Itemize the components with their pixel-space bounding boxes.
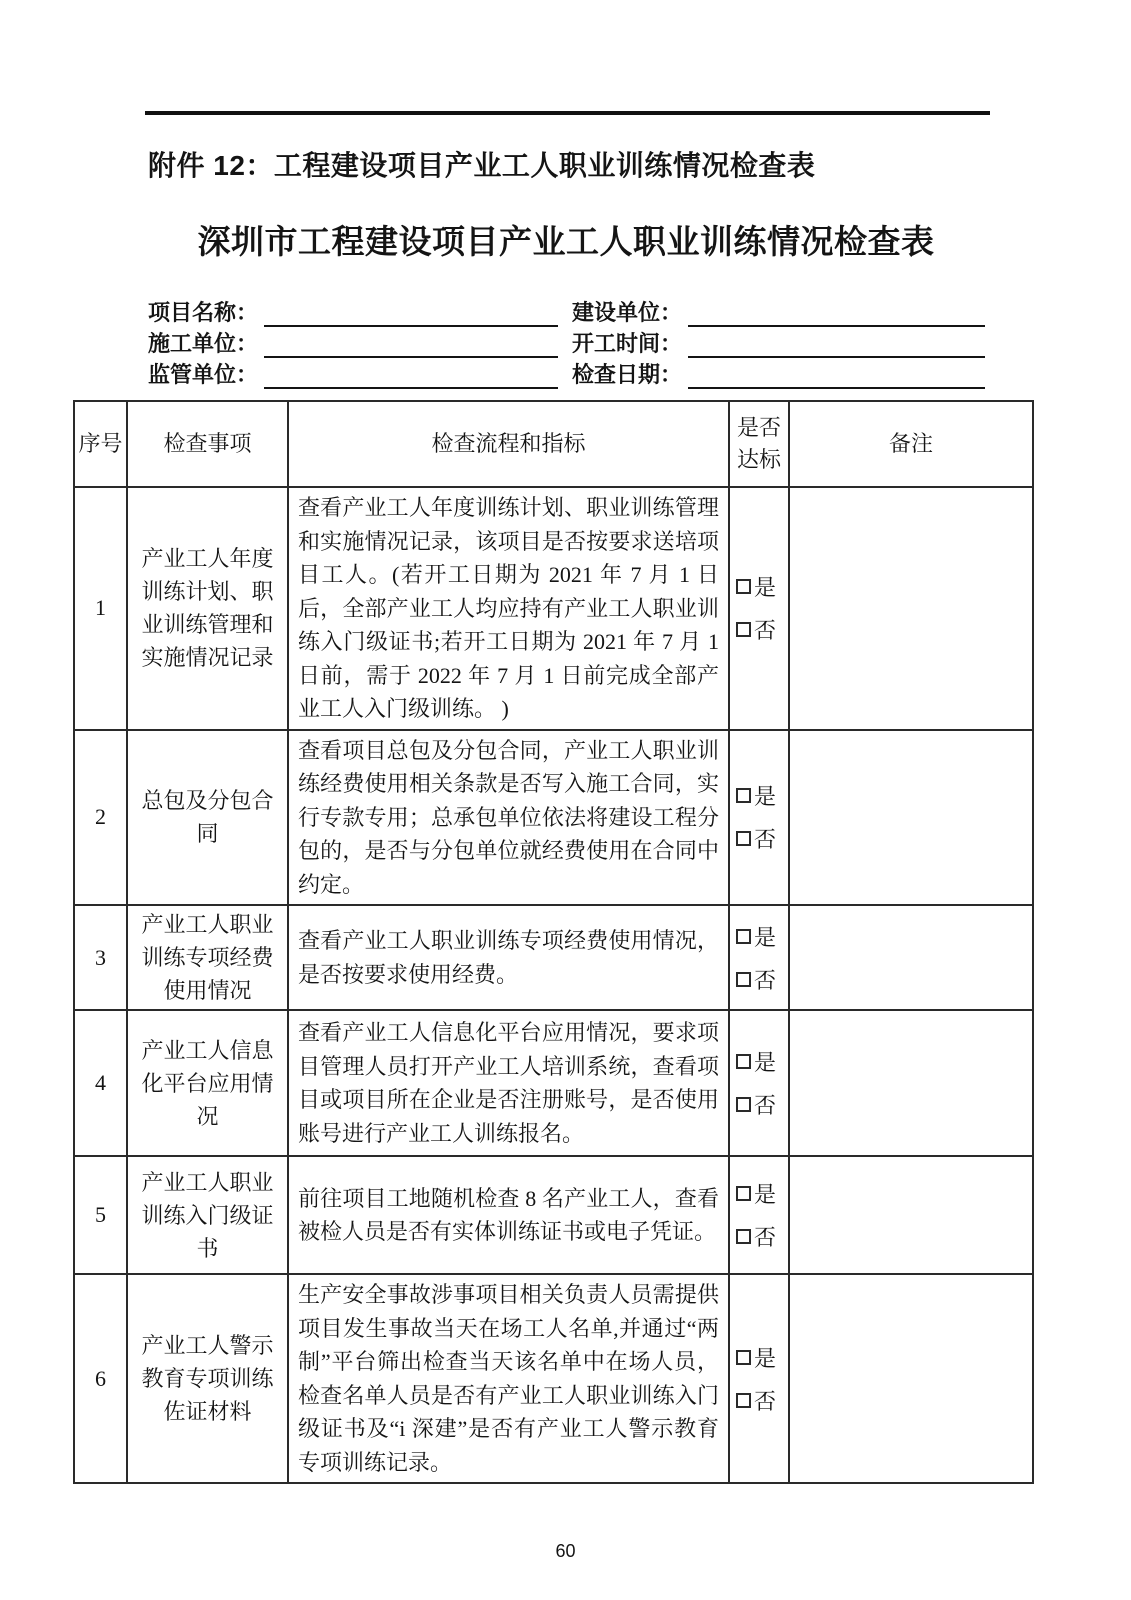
form-row-1: 项目名称： 建设单位： bbox=[148, 296, 985, 327]
checkbox-yes[interactable]: 是 bbox=[736, 1178, 788, 1209]
field-label: 开工时间： bbox=[572, 330, 682, 358]
checkbox-square-icon bbox=[736, 831, 751, 846]
blank-line bbox=[264, 365, 558, 389]
remark-cell bbox=[789, 1274, 1033, 1483]
checkbox-no[interactable]: 否 bbox=[736, 1385, 788, 1416]
checkbox-label: 否 bbox=[754, 614, 776, 645]
inspection-item: 产业工人职业训练专项经费使用情况 bbox=[127, 905, 288, 1010]
field-start-time: 开工时间： bbox=[572, 330, 985, 358]
checkbox-square-icon bbox=[736, 1229, 751, 1244]
form-fields: 项目名称： 建设单位： 施工单位： 开工时间： 监管单位： bbox=[148, 296, 985, 389]
checkbox-label: 否 bbox=[754, 1385, 776, 1416]
inspection-procedure: 查看产业工人信息化平台应用情况，要求项目管理人员打开产业工人培训系统，查看项目或… bbox=[288, 1010, 729, 1156]
checkbox-label: 否 bbox=[754, 823, 776, 854]
form-row-3: 监管单位： 检查日期： bbox=[148, 358, 985, 389]
checkbox-no[interactable]: 否 bbox=[736, 964, 788, 995]
remark-cell bbox=[789, 730, 1033, 906]
checkbox-square-icon bbox=[736, 622, 751, 637]
checkbox-yes[interactable]: 是 bbox=[736, 1046, 788, 1077]
checkbox-yes[interactable]: 是 bbox=[736, 921, 788, 952]
field-project-name: 项目名称： bbox=[148, 299, 558, 327]
checkbox-square-icon bbox=[736, 1054, 751, 1069]
blank-line bbox=[264, 334, 558, 358]
remark-cell bbox=[789, 905, 1033, 1010]
checkbox-yes[interactable]: 是 bbox=[736, 780, 788, 811]
table-header-row: 序号 检查事项 检查流程和指标 是否达标 备注 bbox=[74, 401, 1033, 487]
checkbox-label: 是 bbox=[754, 1046, 776, 1077]
checkbox-label: 是 bbox=[754, 921, 776, 952]
inspection-table: 序号 检查事项 检查流程和指标 是否达标 备注 1 产业工人年度训练计划、职业训… bbox=[73, 400, 1034, 1484]
inspection-procedure: 查看产业工人职业训练专项经费使用情况，是否按要求使用经费。 bbox=[288, 905, 729, 1010]
table-row-4: 4 产业工人信息化平台应用情况 查看产业工人信息化平台应用情况，要求项目管理人员… bbox=[74, 1010, 1033, 1156]
checkbox-label: 否 bbox=[754, 964, 776, 995]
inspection-procedure: 前往项目工地随机检查 8 名产业工人，查看被检人员是否有实体训练证书或电子凭证。 bbox=[288, 1156, 729, 1274]
column-header-compliance: 是否达标 bbox=[729, 401, 789, 487]
remark-cell bbox=[789, 1010, 1033, 1156]
field-construction-unit: 建设单位： bbox=[572, 299, 985, 327]
field-label: 监管单位： bbox=[148, 361, 258, 389]
compliance-cell: 是 否 bbox=[729, 1010, 789, 1156]
blank-line bbox=[688, 334, 985, 358]
inspection-item: 产业工人职业训练入门级证书 bbox=[127, 1156, 288, 1274]
inspection-item: 产业工人信息化平台应用情况 bbox=[127, 1010, 288, 1156]
checkbox-square-icon bbox=[736, 1097, 751, 1112]
column-header-item: 检查事项 bbox=[127, 401, 288, 487]
field-supervision-unit: 监管单位： bbox=[148, 361, 558, 389]
row-number: 1 bbox=[74, 487, 127, 730]
checkbox-label: 是 bbox=[754, 571, 776, 602]
column-header-no: 序号 bbox=[74, 401, 127, 487]
checkbox-square-icon bbox=[736, 929, 751, 944]
remark-cell bbox=[789, 1156, 1033, 1274]
field-label: 检查日期： bbox=[572, 361, 682, 389]
inspection-procedure: 生产安全事故涉事项目相关负责人员需提供项目发生事故当天在场工人名单,并通过“两制… bbox=[288, 1274, 729, 1483]
compliance-cell: 是 否 bbox=[729, 905, 789, 1010]
inspection-item: 产业工人警示教育专项训练佐证材料 bbox=[127, 1274, 288, 1483]
checkbox-label: 是 bbox=[754, 1178, 776, 1209]
row-number: 6 bbox=[74, 1274, 127, 1483]
blank-line bbox=[688, 365, 985, 389]
document-title: 深圳市工程建设项目产业工人职业训练情况检查表 bbox=[36, 216, 1096, 263]
table-row-2: 2 总包及分包合同 查看项目总包及分包合同，产业工人职业训练经费使用相关条款是否… bbox=[74, 730, 1033, 906]
field-label: 施工单位： bbox=[148, 330, 258, 358]
checkbox-square-icon bbox=[736, 1393, 751, 1408]
form-row-2: 施工单位： 开工时间： bbox=[148, 327, 985, 358]
remark-cell bbox=[789, 487, 1033, 730]
checkbox-square-icon bbox=[736, 1350, 751, 1365]
table-row-5: 5 产业工人职业训练入门级证书 前往项目工地随机检查 8 名产业工人，查看被检人… bbox=[74, 1156, 1033, 1274]
checkbox-yes[interactable]: 是 bbox=[736, 571, 788, 602]
blank-line bbox=[264, 303, 558, 327]
attachment-heading: 附件 12：工程建设项目产业工人职业训练情况检查表 bbox=[148, 144, 815, 184]
row-number: 4 bbox=[74, 1010, 127, 1156]
checkbox-no[interactable]: 否 bbox=[736, 1089, 788, 1120]
inspection-procedure: 查看项目总包及分包合同，产业工人职业训练经费使用相关条款是否写入施工合同，实行专… bbox=[288, 730, 729, 906]
row-number: 3 bbox=[74, 905, 127, 1010]
field-contractor-unit: 施工单位： bbox=[148, 330, 558, 358]
checkbox-square-icon bbox=[736, 1186, 751, 1201]
page-number: 60 bbox=[0, 1541, 1131, 1562]
checkbox-square-icon bbox=[736, 972, 751, 987]
table-row-3: 3 产业工人职业训练专项经费使用情况 查看产业工人职业训练专项经费使用情况，是否… bbox=[74, 905, 1033, 1010]
checkbox-label: 否 bbox=[754, 1221, 776, 1252]
table-row-1: 1 产业工人年度训练计划、职业训练管理和实施情况记录 查看产业工人年度训练计划、… bbox=[74, 487, 1033, 730]
inspection-item: 产业工人年度训练计划、职业训练管理和实施情况记录 bbox=[127, 487, 288, 730]
row-number: 5 bbox=[74, 1156, 127, 1274]
checkbox-no[interactable]: 否 bbox=[736, 823, 788, 854]
row-number: 2 bbox=[74, 730, 127, 906]
checkbox-yes[interactable]: 是 bbox=[736, 1342, 788, 1373]
field-label: 建设单位： bbox=[572, 299, 682, 327]
checkbox-square-icon bbox=[736, 788, 751, 803]
blank-line bbox=[688, 303, 985, 327]
checkbox-label: 是 bbox=[754, 780, 776, 811]
table-row-6: 6 产业工人警示教育专项训练佐证材料 生产安全事故涉事项目相关负责人员需提供项目… bbox=[74, 1274, 1033, 1483]
inspection-procedure: 查看产业工人年度训练计划、职业训练管理和实施情况记录，该项目是否按要求送培项目工… bbox=[288, 487, 729, 730]
document-page: 附件 12：工程建设项目产业工人职业训练情况检查表 深圳市工程建设项目产业工人职… bbox=[0, 0, 1131, 1600]
header-rule bbox=[145, 111, 990, 115]
column-header-procedure: 检查流程和指标 bbox=[288, 401, 729, 487]
checkbox-no[interactable]: 否 bbox=[736, 614, 788, 645]
inspection-item: 总包及分包合同 bbox=[127, 730, 288, 906]
field-inspection-date: 检查日期： bbox=[572, 361, 985, 389]
checkbox-square-icon bbox=[736, 579, 751, 594]
compliance-cell: 是 否 bbox=[729, 1274, 789, 1483]
compliance-cell: 是 否 bbox=[729, 730, 789, 906]
checkbox-label: 是 bbox=[754, 1342, 776, 1373]
field-label: 项目名称： bbox=[148, 299, 258, 327]
compliance-cell: 是 否 bbox=[729, 1156, 789, 1274]
compliance-cell: 是 否 bbox=[729, 487, 789, 730]
checkbox-no[interactable]: 否 bbox=[736, 1221, 788, 1252]
column-header-remark: 备注 bbox=[789, 401, 1033, 487]
checkbox-label: 否 bbox=[754, 1089, 776, 1120]
